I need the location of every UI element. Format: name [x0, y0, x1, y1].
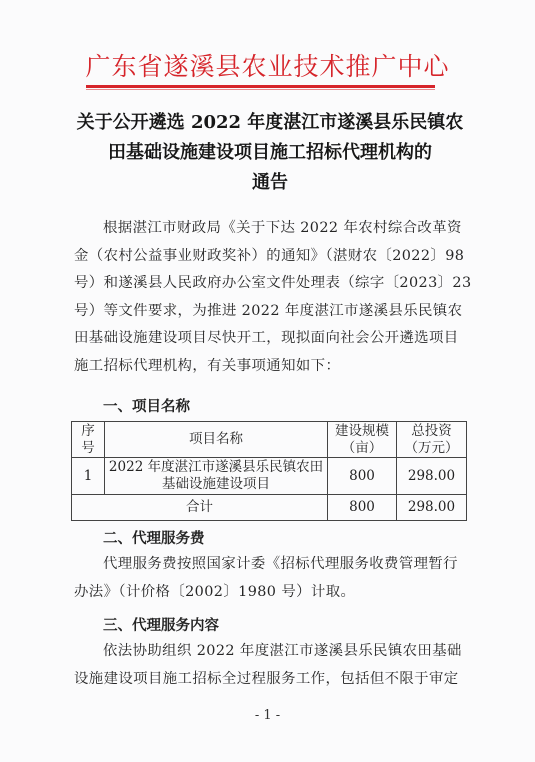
section-2-line-1: 代理服务费按照国家计委《招标代理服务收费管理暂行	[74, 551, 470, 579]
cell-scale: 800	[328, 458, 397, 495]
document-title: 关于公开遴选 2022 年度湛江市遂溪县乐民镇农 田基础设施建设项目施工招标代理…	[60, 108, 480, 198]
title-line-1: 关于公开遴选 2022 年度湛江市遂溪县乐民镇农	[60, 108, 480, 138]
total-label: 合计	[72, 495, 328, 521]
section-3-line-2: 设施建设项目施工招标全过程服务工作，包括但不限于审定	[74, 666, 470, 694]
section-2-heading: 二、代理服务费	[103, 527, 205, 548]
section-3-heading: 三、代理服务内容	[103, 614, 219, 635]
section-2-paragraph: 代理服务费按照国家计委《招标代理服务收费管理暂行 办法》（计价格〔2002〕19…	[74, 551, 470, 606]
intro-line-3: 号）和遂溪县人民政府办公室文件处理表（综字〔2023〕23	[74, 270, 470, 298]
header-seq: 序 号	[72, 422, 105, 458]
intro-paragraph: 根据湛江市财政局《关于下达 2022 年农村综合改革资 金（农村公益事业财政奖补…	[74, 215, 470, 380]
table-row: 1 2022 年度湛江市遂溪县乐民镇农田 基础设施建设项目 800 298.00	[72, 458, 467, 495]
document-page: 广东省遂溪县农业技术推广中心 关于公开遴选 2022 年度湛江市遂溪县乐民镇农 …	[0, 0, 535, 762]
title-line-2: 田基础设施建设项目施工招标代理机构的	[60, 138, 480, 168]
intro-line-6: 施工招标代理机构，有关事项通知如下：	[74, 353, 470, 381]
organization-letterhead: 广东省遂溪县农业技术推广中心	[0, 52, 535, 82]
section-1-heading: 一、项目名称	[103, 395, 190, 416]
letterhead-red-rule-thin	[86, 89, 435, 90]
total-scale: 800	[328, 495, 397, 521]
section-3-line-1: 依法协助组织 2022 年度湛江市遂溪县乐民镇农田基础	[74, 638, 470, 666]
project-table: 序 号 项目名称 建设规模 （亩） 总投资 （万元） 1 2022 年度湛江市遂…	[71, 421, 467, 521]
intro-line-1: 根据湛江市财政局《关于下达 2022 年农村综合改革资	[74, 215, 470, 243]
total-investment: 298.00	[397, 495, 467, 521]
intro-line-4: 号）等文件要求，为推进 2022 年度湛江市遂溪县乐民镇农	[74, 298, 470, 326]
cell-investment: 298.00	[397, 458, 467, 495]
intro-line-2: 金（农村公益事业财政奖补）的通知》（湛财农〔2022〕98	[74, 243, 470, 271]
header-project-name: 项目名称	[105, 422, 328, 458]
header-scale: 建设规模 （亩）	[328, 422, 397, 458]
table-header-row: 序 号 项目名称 建设规模 （亩） 总投资 （万元）	[72, 422, 467, 458]
cell-seq: 1	[72, 458, 105, 495]
section-2-line-2: 办法》（计价格〔2002〕1980 号）计取。	[74, 579, 470, 607]
section-3-paragraph: 依法协助组织 2022 年度湛江市遂溪县乐民镇农田基础 设施建设项目施工招标全过…	[74, 638, 470, 693]
table-total-row: 合计 800 298.00	[72, 495, 467, 521]
header-investment: 总投资 （万元）	[397, 422, 467, 458]
letterhead-red-rule	[86, 85, 435, 88]
title-line-3: 通告	[60, 168, 480, 198]
cell-project-name: 2022 年度湛江市遂溪县乐民镇农田 基础设施建设项目	[105, 458, 328, 495]
intro-line-5: 田基础设施建设项目尽快开工，现拟面向社会公开遴选项目	[74, 325, 470, 353]
page-number: - 1 -	[0, 708, 535, 723]
